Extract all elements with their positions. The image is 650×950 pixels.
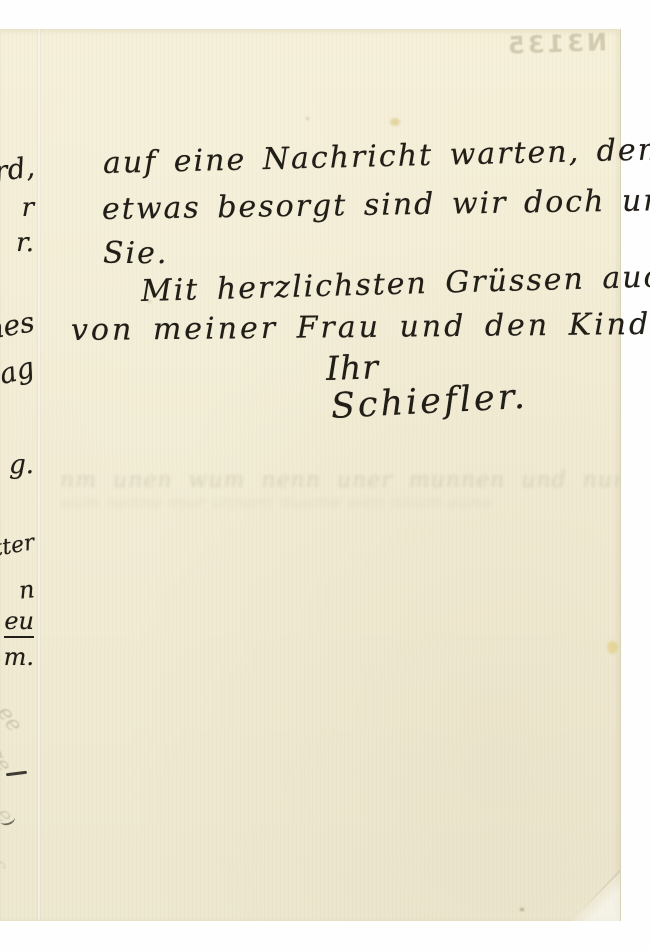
foxing-spot: [607, 641, 618, 654]
corner-crease: [572, 869, 620, 921]
margin-fragment: nes: [0, 305, 36, 346]
foxing-spot: [148, 300, 151, 303]
letter-closing-ihr: Ihr: [325, 347, 379, 388]
letter-line-5: von meiner Frau und den Kindern: [71, 306, 650, 348]
margin-fragment: ird,: [0, 150, 36, 190]
scan-background: { "scan": { "background_color": "#fefefe…: [0, 0, 650, 950]
margin-fragment: m.: [4, 643, 34, 671]
show-through-text-2: uum nenne mur unnem nuume wen nnum eune: [60, 492, 580, 514]
margin-fragment: lag: [0, 350, 36, 393]
margin-fragment: n: [17, 575, 35, 604]
fold-crease-line: [37, 29, 41, 920]
letter-line-3: Sie.: [103, 236, 168, 271]
margin-fragment-underlined: eu: [4, 607, 34, 638]
margin-fragment: g.: [9, 450, 34, 480]
foxing-spot: [520, 908, 524, 911]
pencil-inscription: N3135: [500, 28, 613, 60]
foxing-spot: [390, 118, 400, 126]
margin-fragment: r: [22, 193, 34, 223]
foxing-spot: [306, 117, 309, 120]
margin-fragment: ätter: [0, 530, 36, 564]
margin-fragment: r.: [16, 228, 34, 258]
